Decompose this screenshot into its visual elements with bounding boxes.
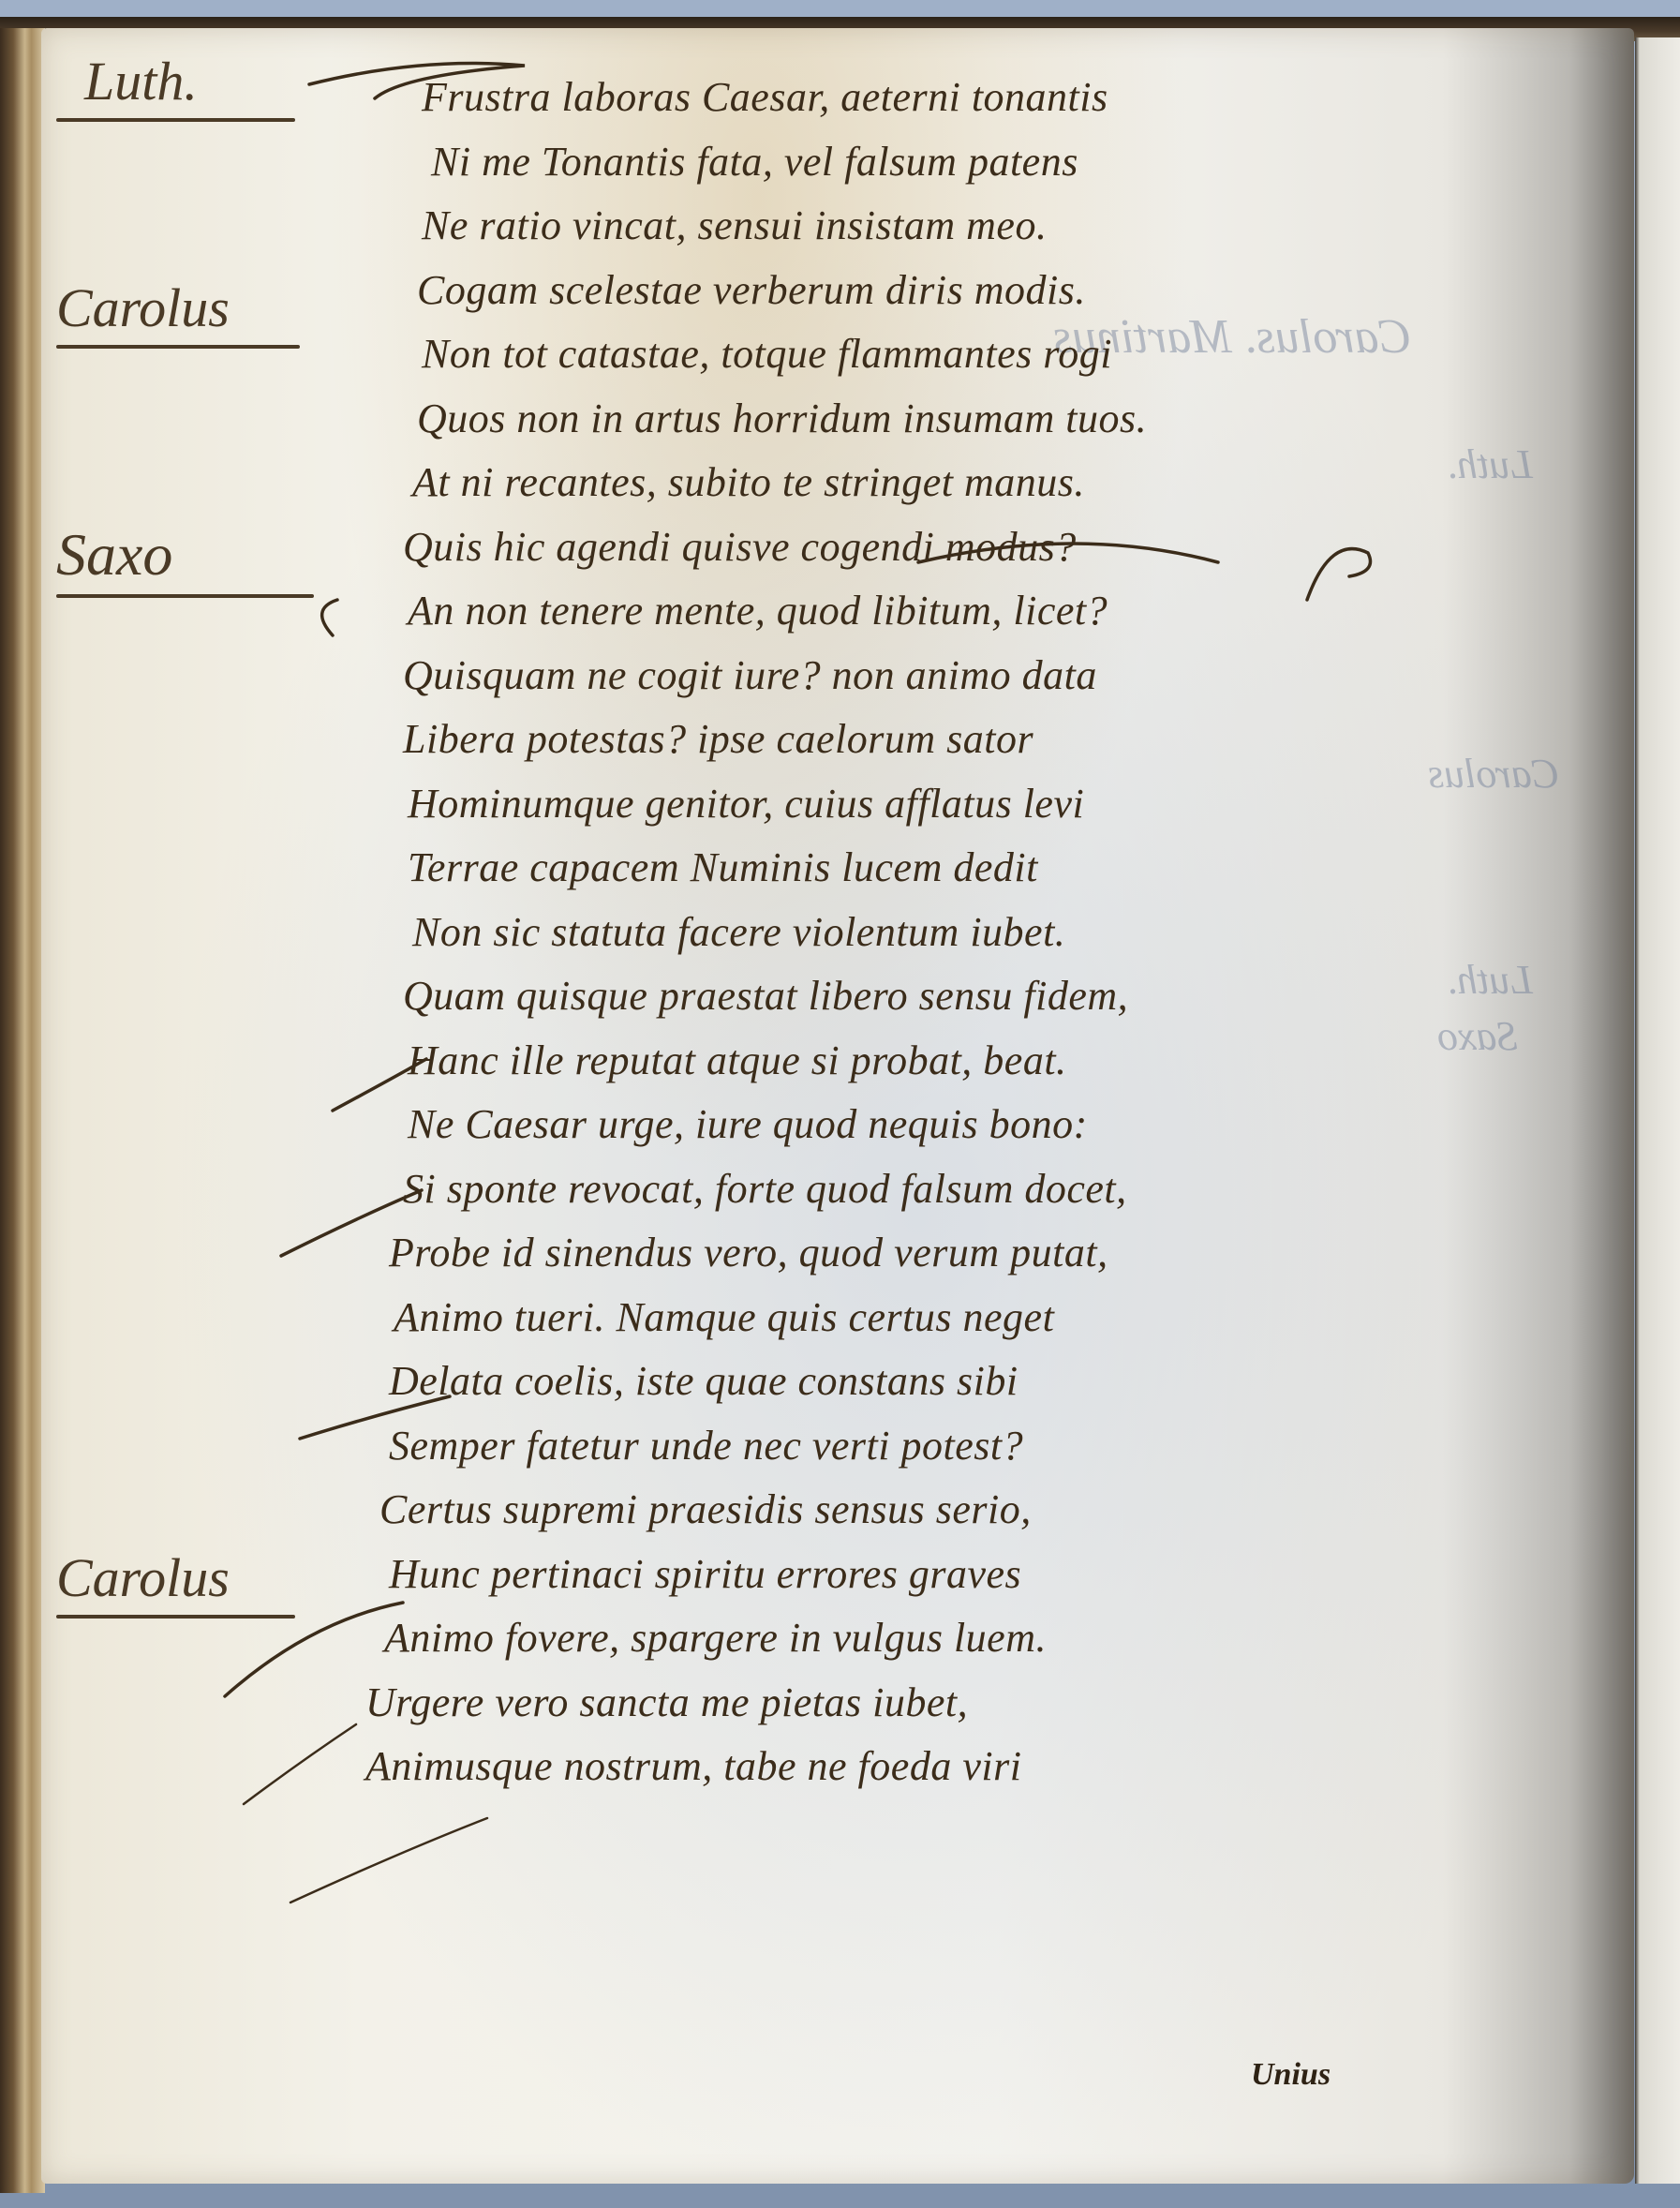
verse-line: Quam quisque praestat libero sensu fidem… (365, 964, 1359, 1029)
verse-line: An non tenere mente, quod libitum, licet… (365, 579, 1359, 644)
bleed-through-speaker: Luth. (1447, 956, 1533, 1004)
bleed-through-speaker: Carolus (1428, 750, 1559, 798)
verse-line: Ne Caesar urge, iure quod nequis bono: (365, 1093, 1359, 1157)
speaker-label-saxo: Saxo (56, 525, 314, 598)
verse-line: Probe id sinendus vero, quod verum putat… (365, 1221, 1359, 1286)
verse-line: Quos non in artus horridum insumam tuos. (365, 387, 1359, 452)
bleed-through-speaker: Luth. (1447, 440, 1533, 488)
verse-line: Animusque nostrum, tabe ne foeda viri (365, 1735, 1359, 1799)
speaker-label-carolus: Carolus (56, 281, 300, 349)
verse-line: Animo fovere, spargere in vulgus luem. (365, 1606, 1359, 1671)
bleed-through-speaker: Saxo (1437, 1012, 1518, 1060)
speaker-underline (56, 345, 300, 349)
verse-line: At ni recantes, subito te stringet manus… (365, 451, 1359, 515)
verse-line: Terrae capacem Numinis lucem dedit (365, 836, 1359, 901)
verse-line: Si sponte revocat, forte quod falsum doc… (365, 1157, 1359, 1222)
verse-line: Libera potestas? ipse caelorum sator (365, 708, 1359, 772)
verse-line: Ne ratio vincat, sensui insistam meo. (365, 194, 1359, 259)
speaker-label-luther: Luth. (56, 54, 295, 122)
verse-line: Non tot catastae, totque flammantes rogi (365, 322, 1359, 387)
catchword: Unius (1251, 2057, 1331, 2093)
book-spine-gutter (0, 28, 45, 2193)
verse-line: Hunc pertinaci spiritu errores graves (365, 1543, 1359, 1607)
verse-line: Quis hic agendi quisve cogendi modus? (365, 515, 1359, 580)
verse-line: Certus supremi praesidis sensus serio, (365, 1478, 1359, 1543)
verse-line: Ni me Tonantis fata, vel falsum patens (365, 130, 1359, 195)
verse-line: Semper fatetur unde nec verti potest? (365, 1414, 1359, 1479)
speaker-underline (56, 594, 314, 598)
verse-line: Non sic statuta facere violentum iubet. (365, 901, 1359, 965)
verse-line: Animo tueri. Namque quis certus neget (365, 1286, 1359, 1350)
verse-line: Cogam scelestae verberum diris modis. (365, 259, 1359, 323)
verse-line: Hanc ille reputat atque si probat, beat. (365, 1029, 1359, 1094)
verse-line: Quisquam ne cogit iure? non animo data (365, 644, 1359, 709)
speaker-underline (56, 1615, 295, 1619)
facing-page-edge (1635, 37, 1680, 2184)
verse-line: Frustra laboras Caesar, aeterni tonantis (365, 66, 1359, 130)
verse-line: Hominumque genitor, cuius afflatus levi (365, 772, 1359, 837)
speaker-underline (56, 118, 295, 122)
verse-line: Urgere vero sancta me pietas iubet, (365, 1671, 1359, 1736)
verse-line: Delata coelis, iste quae constans sibi (365, 1350, 1359, 1414)
verse-text: Frustra laboras Caesar, aeterni tonantis… (365, 66, 1359, 1799)
speaker-label-carolus-2: Carolus (56, 1551, 295, 1619)
